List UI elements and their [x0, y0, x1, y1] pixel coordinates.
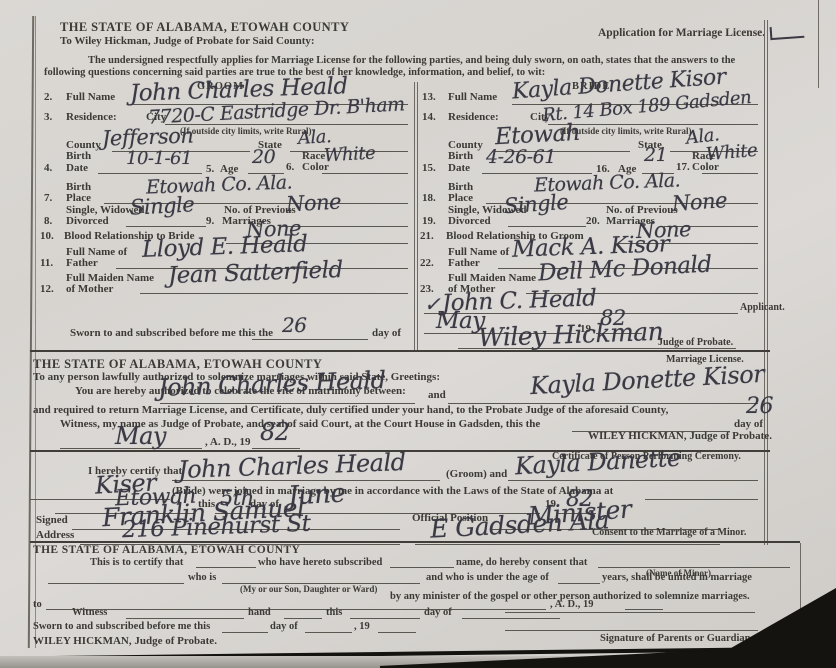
blank-line [378, 632, 416, 633]
groom-county-value: Jefferson [102, 125, 194, 149]
groom-num-2: 2. [44, 92, 52, 104]
license-and-label: and [428, 390, 446, 402]
blank-line [252, 448, 300, 449]
consent-united: years, shall be united in marriage [602, 572, 752, 583]
groom-age-value: 20 [252, 148, 275, 167]
consent-margin-title: Consent to the Marriage of a Minor. [592, 528, 746, 539]
certificate-address-city: E Gadsden Ala [429, 507, 609, 541]
license-day-value: 26 [746, 396, 773, 418]
groom-birth-label: Birth [66, 151, 91, 163]
groom-father-label2: Father [66, 258, 98, 270]
blank-line [222, 632, 268, 633]
groom-father-value: Lloyd E. Heald [142, 233, 308, 262]
signature-line [505, 612, 755, 613]
bride-num-14: 14. [422, 112, 436, 124]
consent-to-label: to [33, 599, 42, 610]
form-right-border-2 [767, 20, 768, 545]
consent-sworn-day-of: day of [270, 621, 298, 632]
bride-previous-marriages-value: None [671, 190, 727, 215]
blank-line [252, 339, 368, 340]
consent-consent-that: name, do hereby consent that [456, 557, 587, 568]
license-judge-printed: WILEY HICKMAN, Judge of Probate. [588, 431, 772, 443]
certificate-address-value: 216 Pinehurst St [122, 513, 311, 543]
intro-line1: The undersigned respectfully applies for… [88, 55, 735, 66]
bride-place-label: Place [448, 193, 473, 205]
license-ad-label: , A. D., 19 [205, 437, 251, 449]
groom-mother-value: Jean Satterfield [168, 259, 343, 288]
consent-subscribed: who have hereto subscribed [258, 557, 382, 568]
consent-under-age: and who is under the age of [426, 572, 549, 583]
section1-state-county: THE STATE OF ALABAMA, ETOWAH COUNTY [60, 21, 349, 34]
column-divider [414, 82, 415, 350]
groom-date-label: Date [66, 163, 88, 175]
form-right-border [764, 20, 765, 545]
groom-num-8: 8. [44, 216, 52, 228]
groom-num-10: 10. [40, 231, 54, 243]
consent-state-county: THE STATE OF ALABAMA, ETOWAH COUNTY [33, 544, 300, 556]
handwritten-corner-mark [770, 25, 805, 40]
certificate-signed-label: Signed [36, 515, 68, 527]
certificate-groom-name: John Charles Heald [178, 450, 406, 482]
blank-line [126, 618, 244, 619]
consent-comma-19: , 19 [354, 621, 370, 632]
consent-sworn-text: Sworn to and subscribed before me this [33, 621, 210, 632]
bride-num-18: 18. [422, 193, 436, 205]
bride-divorced-label: Divorced [448, 216, 491, 228]
bride-num-13: 13. [422, 92, 436, 104]
blank-line [350, 618, 420, 619]
groom-outside-note: (If outside city limits, write Rural) [180, 127, 311, 136]
sworn-day-value: 26 [282, 315, 306, 335]
signature-line [505, 630, 758, 631]
consent-witness: Witness [72, 607, 107, 618]
groom-num-11: 11. [40, 258, 53, 270]
bride-num-19: 19. [422, 216, 436, 228]
bride-birth-date-value: 4-26-61 [486, 148, 556, 167]
judge-of-probate-label: Judge of Probate. [658, 338, 733, 349]
blank-line [305, 632, 352, 633]
blank-line [126, 226, 206, 227]
license-month-value: May [115, 424, 166, 448]
bride-mother-value: Dell Mc Donald [538, 253, 713, 285]
groom-divorced-label: Divorced [66, 216, 109, 228]
blank-line [140, 293, 408, 294]
bride-num-20: 20. [586, 216, 600, 228]
groom-mother-label2: of Mother [66, 284, 113, 296]
blank-line [390, 567, 454, 568]
consent-signature-label: Signature of Parents or Guardian [600, 633, 751, 644]
section-divider [30, 541, 800, 543]
groom-marital-value: Single [129, 194, 194, 218]
groom-full-name-label: Full Name [66, 92, 115, 104]
bride-marital-value: Single [503, 192, 569, 217]
applicant-label: Applicant. [740, 303, 785, 314]
license-year-value: 82 [260, 420, 290, 444]
groom-num-9: 9. [206, 216, 214, 228]
license-groom-name: John Charles Heald [158, 368, 386, 400]
groom-residence-label: Residence: [66, 112, 117, 124]
blank-line [284, 618, 322, 619]
consent-who-is: who is [188, 572, 216, 583]
blank-line [645, 499, 758, 500]
blank-line [48, 583, 184, 584]
blank-line [322, 173, 408, 174]
bride-birth-label: Birth [448, 151, 473, 163]
section1-to-judge: To Wiley Hickman, Judge of Probate for S… [60, 36, 315, 48]
bride-residence-label: Residence: [448, 112, 499, 124]
blank-line [625, 609, 663, 610]
consent-day-of: day of [424, 607, 452, 618]
groom-race-value: White [324, 145, 376, 166]
license-return-text: and required to return Marriage License,… [33, 405, 668, 417]
blank-line [415, 544, 720, 545]
sworn-text: Sworn to and subscribed before me this t… [70, 328, 273, 340]
consent-son-daughter-ward: (My or our Son, Daughter or Ward) [240, 585, 377, 594]
scanned-marriage-application-document: THE STATE OF ALABAMA, ETOWAH COUNTY To W… [0, 0, 836, 668]
blank-line [558, 583, 600, 584]
groom-birth-date-value: 10-1-61 [126, 150, 192, 168]
sworn-day-of: day of [372, 328, 401, 340]
blank-line [508, 480, 758, 481]
consent-judge-printed: WILEY HICKMAN, Judge of Probate. [33, 636, 217, 648]
blank-line [508, 226, 586, 227]
groom-previous-marriages-value: None [285, 192, 341, 216]
blank-line [462, 618, 560, 619]
certificate-bride-first: Kayla Danette [514, 446, 681, 479]
application-title: Application for Marriage License. [598, 27, 765, 39]
blank-line [46, 609, 546, 610]
blank-line [196, 567, 256, 568]
bride-num-21: 21. [420, 231, 434, 243]
blank-line [98, 173, 202, 174]
bride-num-22: 22. [420, 258, 434, 270]
bride-date-label: Date [448, 163, 470, 175]
column-divider-2 [417, 82, 418, 350]
license-day-of: day of [734, 419, 763, 431]
consent-ad-label: , A. D., 19 [550, 599, 593, 610]
groom-num-12: 12. [40, 284, 54, 296]
groom-num-4: 4. [44, 163, 52, 175]
judge-signature: Wiley Hickman [478, 319, 664, 350]
bride-full-name-label: Full Name [448, 92, 497, 104]
certificate-groom-label: (Groom) and [446, 469, 507, 481]
groom-num-3: 3. [44, 112, 52, 124]
groom-place-label: Place [66, 193, 91, 205]
top-right-edge-line [818, 0, 819, 88]
groom-num-7: 7. [44, 193, 52, 205]
section-divider [30, 350, 770, 352]
bride-age-value: 21 [644, 146, 667, 165]
bride-father-label2: Father [448, 258, 480, 270]
consent-hand: hand [248, 607, 271, 618]
consent-this: this [326, 607, 342, 618]
blank-line [702, 173, 758, 174]
certificate-address-label: Address [36, 530, 74, 542]
bride-race-value: White [705, 142, 758, 164]
license-bride-name: Kayla Donette Kisor [530, 362, 765, 398]
consent-certify: This is to certify that [90, 557, 183, 568]
bride-num-15: 15. [422, 163, 436, 175]
